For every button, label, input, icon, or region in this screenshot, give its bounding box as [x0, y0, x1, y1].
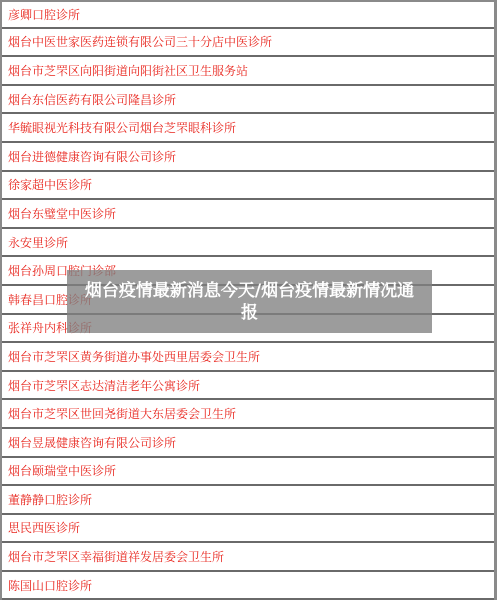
clinic-name: 烟台市芝罘区志达清洁老年公寓诊所: [8, 377, 200, 394]
clinic-name: 烟台市芝罘区黄务街道办事处西里居委会卫生所: [8, 348, 260, 365]
clinic-name: 烟台市芝罘区向阳街道向阳街社区卫生服务站: [8, 62, 248, 79]
clinic-name: 烟台东璧堂中医诊所: [8, 205, 116, 222]
list-item: 董静静口腔诊所: [2, 486, 494, 515]
clinic-name: 思民西医诊所: [8, 519, 80, 536]
list-item: 烟台中医世家医药连锁有限公司三十分店中医诊所: [2, 29, 494, 58]
clinic-name: 烟台市芝罘区世回尧街道大东居委会卫生所: [8, 405, 236, 422]
clinic-name: 董静静口腔诊所: [8, 491, 92, 508]
clinic-name: 徐家超中医诊所: [8, 176, 92, 193]
list-item: 烟台市芝罘区向阳街道向阳街社区卫生服务站: [2, 57, 494, 86]
list-item: 烟台东璧堂中医诊所: [2, 200, 494, 229]
list-item: 烟台市芝罘区幸福街道祥发居委会卫生所: [2, 543, 494, 572]
list-item: 烟台市芝罘区世回尧街道大东居委会卫生所: [2, 400, 494, 429]
list-item: 烟台颐瑞堂中医诊所: [2, 458, 494, 487]
list-item: 烟台东信医药有限公司隆昌诊所: [2, 86, 494, 115]
clinic-name: 烟台东信医药有限公司隆昌诊所: [8, 91, 176, 108]
clinic-name: 华毓眼视光科技有限公司烟台芝罘眼科诊所: [8, 119, 236, 136]
list-item: 彦卿口腔诊所: [2, 0, 494, 29]
overlay-title: 烟台疫情最新消息今天/烟台疫情最新情况通报: [80, 280, 420, 324]
clinic-name: 烟台昱晟健康咨询有限公司诊所: [8, 434, 176, 451]
list-item: 思民西医诊所: [2, 515, 494, 544]
clinic-name: 陈国山口腔诊所: [8, 577, 92, 594]
clinic-name: 烟台进德健康咨询有限公司诊所: [8, 148, 176, 165]
clinic-name: 烟台市芝罘区幸福街道祥发居委会卫生所: [8, 548, 224, 565]
clinic-name: 永安里诊所: [8, 234, 68, 251]
list-item: 永安里诊所: [2, 229, 494, 258]
list-item: 烟台市芝罘区志达清洁老年公寓诊所: [2, 372, 494, 401]
list-item: 烟台昱晟健康咨询有限公司诊所: [2, 429, 494, 458]
clinic-name: 彦卿口腔诊所: [8, 6, 80, 23]
clinic-name: 烟台颐瑞堂中医诊所: [8, 462, 116, 479]
list-item: 烟台进德健康咨询有限公司诊所: [2, 143, 494, 172]
list-item: 华毓眼视光科技有限公司烟台芝罘眼科诊所: [2, 114, 494, 143]
list-item: 徐家超中医诊所: [2, 172, 494, 201]
list-item: 陈国山口腔诊所: [2, 572, 494, 601]
title-overlay-banner: 烟台疫情最新消息今天/烟台疫情最新情况通报: [67, 270, 432, 333]
list-item: 烟台市芝罘区黄务街道办事处西里居委会卫生所: [2, 343, 494, 372]
clinic-name: 烟台中医世家医药连锁有限公司三十分店中医诊所: [8, 33, 272, 50]
